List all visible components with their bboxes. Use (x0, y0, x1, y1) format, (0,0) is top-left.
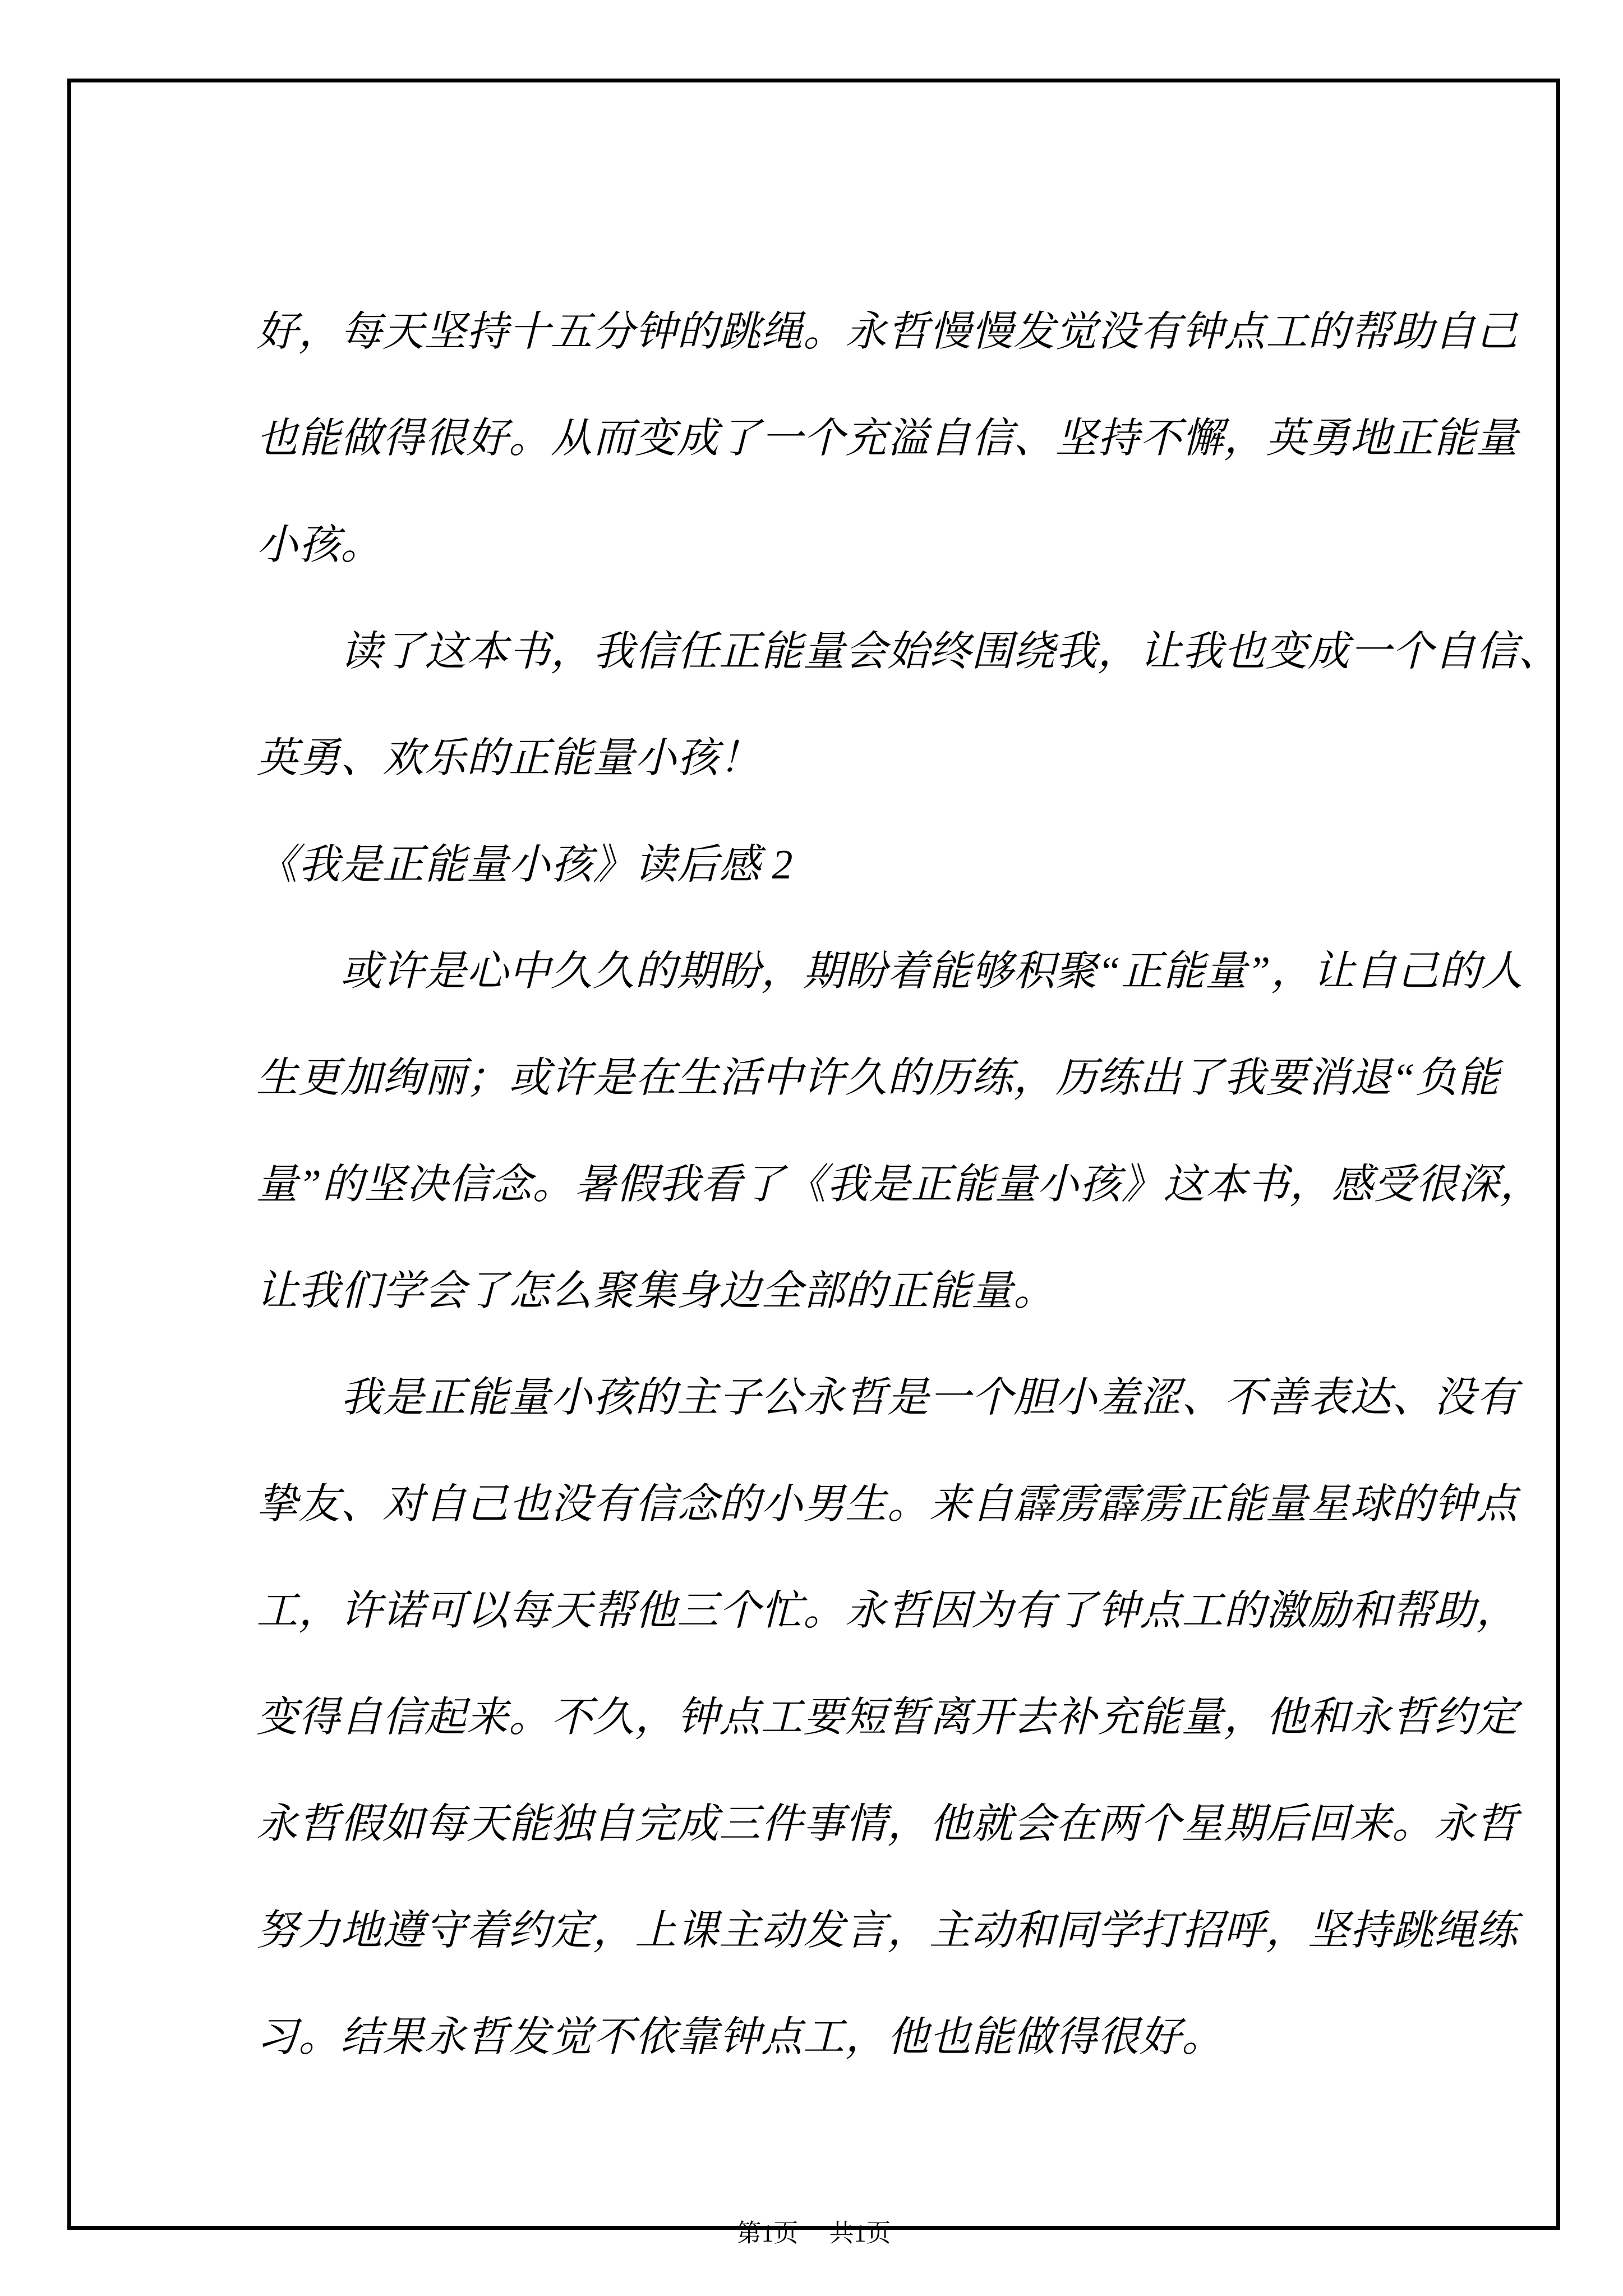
text-line: 让我们学会了怎么聚集身边全部的正能量。 (256, 1238, 1513, 1345)
text-line: 生更加绚丽；或许是在生活中许久的历练，历练出了我要消退“负能 (256, 1025, 1513, 1131)
document-body: 好，每天坚持十五分钟的跳绳。永哲慢慢发觉没有钟点工的帮助自己也能做得很好。从而变… (256, 279, 1513, 2091)
text-line: 工，许诺可以每天帮他三个忙。永哲因为有了钟点工的激励和帮助， (256, 1558, 1513, 1664)
text-line: 努力地遵守着约定，上课主动发言，主动和同学打招呼，坚持跳绳练 (256, 1878, 1513, 1984)
footer-page-number: 第1页 (737, 2213, 799, 2249)
page-footer: 第1页共1页 (71, 2213, 1556, 2249)
text-line: 我是正能量小孩的主子公永哲是一个胆小羞涩、不善表达、没有 (256, 1345, 1513, 1451)
page-border-frame: 好，每天坚持十五分钟的跳绳。永哲慢慢发觉没有钟点工的帮助自己也能做得很好。从而变… (67, 79, 1560, 2230)
text-line: 或许是心中久久的期盼，期盼着能够积聚“正能量”，让自己的人 (256, 918, 1513, 1025)
text-line: 好，每天坚持十五分钟的跳绳。永哲慢慢发觉没有钟点工的帮助自己 (256, 279, 1513, 385)
text-line: 挚友、对自己也没有信念的小男生。来自霹雳霹雳正能量星球的钟点 (256, 1451, 1513, 1558)
text-line: 也能做得很好。从而变成了一个充溢自信、坚持不懈，英勇地正能量 (256, 385, 1513, 492)
text-line: 量”的坚决信念。暑假我看了《我是正能量小孩》这本书，感受很深， (256, 1131, 1513, 1238)
section-heading: 《我是正能量小孩》读后感 2 (256, 812, 1513, 918)
text-line: 小孩。 (256, 492, 1513, 599)
footer-total-pages: 共1页 (829, 2213, 891, 2249)
text-line: 永哲假如每天能独自完成三件事情，他就会在两个星期后回来。永哲 (256, 1771, 1513, 1878)
text-line: 读了这本书，我信任正能量会始终围绕我，让我也变成一个自信、 (256, 599, 1513, 705)
document-page: 好，每天坚持十五分钟的跳绳。永哲慢慢发觉没有钟点工的帮助自己也能做得很好。从而变… (0, 0, 1623, 2296)
text-line: 习。结果永哲发觉不依靠钟点工，他也能做得很好。 (256, 1984, 1513, 2091)
text-line: 变得自信起来。不久，钟点工要短暂离开去补充能量，他和永哲约定 (256, 1664, 1513, 1771)
text-line: 英勇、欢乐的正能量小孩！ (256, 705, 1513, 812)
